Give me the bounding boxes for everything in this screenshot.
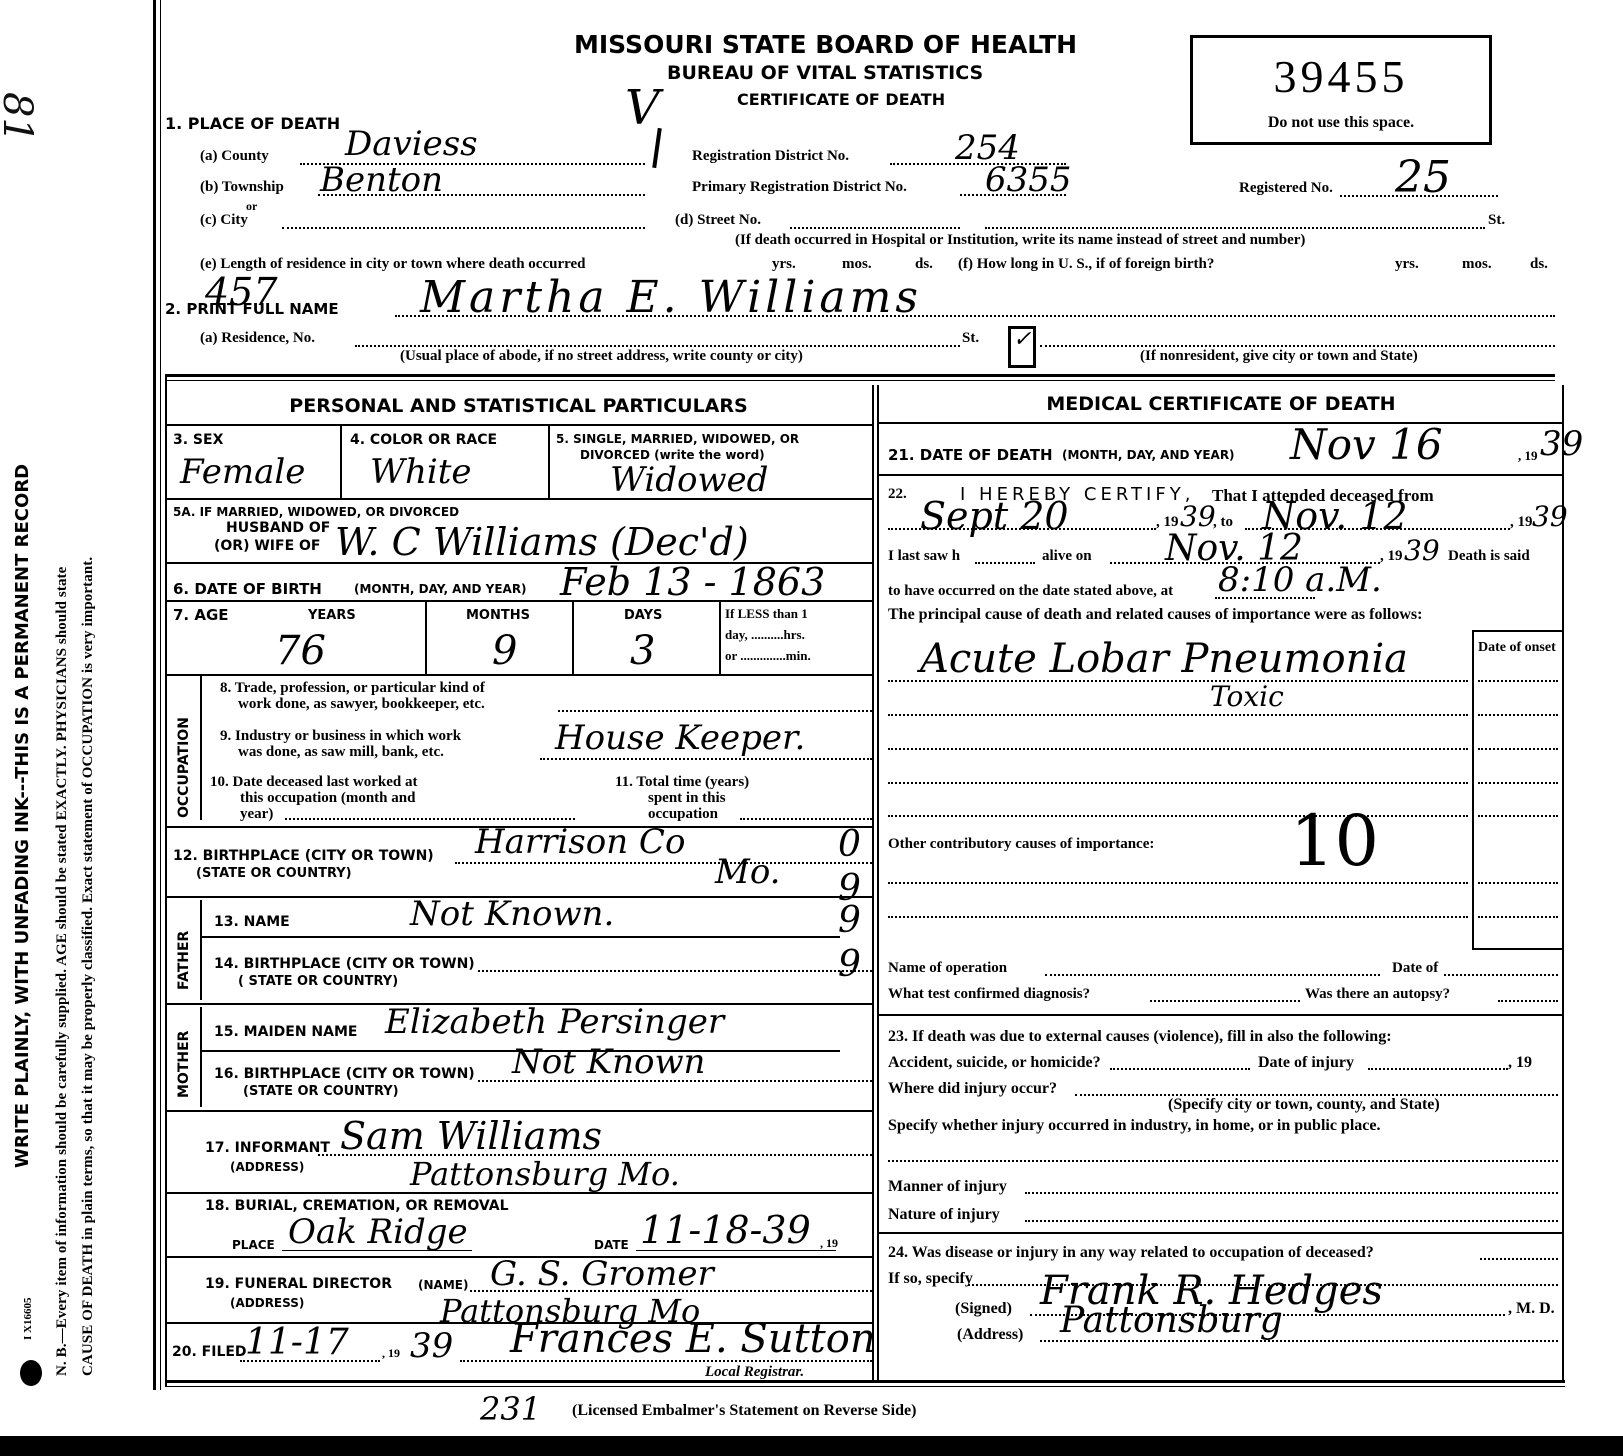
last-worked-line[interactable]: [285, 818, 575, 820]
attended-from-value[interactable]: Sept 20: [920, 494, 1069, 538]
birthplace-label: 12. BIRTHPLACE (CITY OR TOWN): [173, 848, 434, 864]
specify-injury-line[interactable]: [888, 1160, 1558, 1162]
father-birthplace-line[interactable]: [478, 970, 872, 972]
external-causes-label: 23. If death was due to external causes …: [888, 1028, 1392, 1046]
street-note: (If death occurred in Hospital or Instit…: [735, 232, 1305, 249]
city-field-line[interactable]: [282, 227, 645, 229]
contributory-line-1[interactable]: [888, 882, 1468, 884]
frame-bottom-rule-2: [165, 1386, 1565, 1387]
full-name-label: 2. PRINT FULL NAME: [165, 300, 339, 318]
row-rule-6: [165, 600, 872, 602]
city-label: (c) City: [200, 212, 248, 229]
burial-place-label: PLACE: [232, 1238, 275, 1252]
onset-line-3[interactable]: [1478, 748, 1558, 750]
cause-value[interactable]: Acute Lobar Pneumonia: [920, 636, 1408, 682]
contributory-label: Other contributory causes of importance:: [888, 836, 1154, 853]
attended-to-year-prefix: , 19: [1510, 514, 1533, 531]
last-worked-label-3: year): [240, 806, 273, 823]
spouse-label-1: 5A. IF MARRIED, WIDOWED, OR DIVORCED: [173, 505, 459, 519]
trade-label-2: work done, as sawyer, bookkeeper, etc.: [238, 696, 485, 713]
father-name-label: 13. NAME: [214, 914, 290, 930]
race-value[interactable]: White: [370, 452, 472, 492]
full-name-value[interactable]: Martha E. Williams: [420, 272, 922, 323]
occupation-related-line[interactable]: [1480, 1258, 1558, 1260]
dob-label: 6. DATE OF BIRTH: [173, 580, 322, 598]
margin-rule-inner: [160, 0, 161, 1390]
street-label: (d) Street No.: [675, 212, 761, 229]
mother-name-value[interactable]: Elizabeth Persinger: [385, 1002, 724, 1042]
date-of-death-year-prefix: , 19: [1518, 448, 1538, 464]
cause-label: The principal cause of death and related…: [888, 606, 1422, 624]
county-value[interactable]: Daviess: [345, 124, 478, 164]
nature-injury-label: Nature of injury: [888, 1206, 1000, 1224]
scan-bottom-border: [0, 1436, 1623, 1456]
autopsy-label: Was there an autopsy?: [1305, 986, 1450, 1003]
operation-label: Name of operation: [888, 960, 1007, 977]
onset-column-bottom: [1472, 948, 1562, 950]
informant-address-value[interactable]: Pattonsburg Mo.: [410, 1155, 680, 1193]
residence-yrs-label: yrs.: [772, 256, 796, 273]
last-saw-pronoun-line[interactable]: [975, 562, 1035, 564]
where-injury-note: (Specify city or town, county, and State…: [1168, 1096, 1440, 1114]
primary-registration-value[interactable]: 6355: [985, 160, 1072, 200]
onset-line-5[interactable]: [1478, 815, 1558, 817]
years-value[interactable]: 76: [275, 628, 326, 674]
sex-label: 3. SEX: [173, 432, 223, 448]
township-value[interactable]: Benton: [320, 160, 443, 200]
burial-year-suffix: , 19: [820, 1236, 838, 1251]
margin-digit-1: 0: [838, 824, 861, 865]
foreign-birth-label: (f) How long in U. S., if of foreign bir…: [958, 256, 1214, 273]
last-saw-label: I last saw h: [888, 548, 960, 565]
dob-sublabel: (MONTH, DAY, AND YEAR): [354, 582, 527, 596]
registrar-signature[interactable]: Frances E. Sutton: [510, 1316, 876, 1362]
physician-address-value[interactable]: Pattonsburg: [1060, 1300, 1283, 1341]
spouse-value[interactable]: W. C Williams (Dec'd): [335, 520, 749, 564]
months-value[interactable]: 9: [492, 628, 517, 674]
spouse-label-2: HUSBAND OF: [226, 520, 330, 536]
less-than-day-label-3: or ..............min.: [725, 648, 811, 664]
less-than-day-label-1: If LESS than 1: [725, 606, 808, 622]
injury-year-prefix: , 19: [1508, 1054, 1532, 1072]
age-label: 7. AGE: [173, 606, 229, 624]
funeral-director-address-sublabel: (ADDRESS): [230, 1296, 304, 1310]
filed-year-prefix: , 19: [382, 1346, 400, 1361]
total-time-line[interactable]: [740, 818, 872, 820]
residence-ds-label: ds.: [915, 256, 933, 273]
mother-name-label: 15. MAIDEN NAME: [214, 1024, 357, 1040]
date-of-death-year[interactable]: 39: [1540, 424, 1583, 464]
onset-column-rule: [1472, 630, 1474, 948]
total-time-label-2: spent in this: [648, 790, 726, 807]
birthplace-line[interactable]: [455, 862, 872, 864]
registration-district-label: Registration District No.: [692, 148, 849, 165]
contributory-line-2[interactable]: [888, 916, 1468, 918]
time-occurred-label: to have occurred on the date stated abov…: [888, 583, 1173, 600]
margin-note-line-1: N. B.—Every item of information should b…: [54, 567, 71, 1376]
last-saw-year-prefix: , 19: [1380, 548, 1403, 565]
age-divider-2: [572, 602, 574, 674]
margin-digit-4: 9: [838, 944, 861, 985]
informant-label: 17. INFORMANT: [205, 1140, 330, 1156]
last-worked-label-2: this occupation (month and: [240, 790, 415, 807]
contributory-mark: 10: [1290, 800, 1379, 882]
birthplace-sublabel: (STATE OR COUNTRY): [196, 866, 352, 881]
file-number: 39455: [1193, 50, 1489, 103]
place-of-death-label: 1. PLACE OF DEATH: [165, 114, 340, 133]
injury-date-line[interactable]: [1368, 1068, 1508, 1070]
date-of-death-value[interactable]: Nov 16: [1290, 420, 1443, 469]
last-saw-year[interactable]: 39: [1404, 534, 1440, 567]
burial-place-value[interactable]: Oak Ridge: [288, 1212, 468, 1252]
foreign-mos-label: mos.: [1462, 256, 1492, 273]
street-name-line[interactable]: [985, 227, 1485, 229]
operation-date-line[interactable]: [1444, 974, 1558, 976]
personal-title-rule: [165, 424, 872, 426]
father-birthplace-sublabel: ( STATE OR COUNTRY): [238, 974, 398, 989]
alive-on-label: alive on: [1042, 548, 1092, 565]
cause-extra-value[interactable]: Toxic: [1210, 680, 1284, 713]
less-than-day-label-2: day, ..........hrs.: [725, 627, 805, 643]
row-rule-22: [879, 1014, 1562, 1016]
trade-line[interactable]: [558, 710, 872, 712]
test-confirmed-line[interactable]: [1150, 1000, 1300, 1002]
date-of-death-sublabel: (MONTH, DAY, AND YEAR): [1062, 448, 1235, 462]
onset-line-7[interactable]: [1478, 916, 1558, 918]
trade-label-1: 8. Trade, profession, or particular kind…: [220, 680, 485, 697]
marital-label-1: 5. SINGLE, MARRIED, WIDOWED, OR: [556, 432, 799, 446]
filed-label: 20. FILED: [172, 1344, 247, 1360]
do-not-use-note: Do not use this space.: [1193, 114, 1489, 132]
date-of-onset-label: Date of onset: [1478, 640, 1556, 656]
foreign-yrs-label: yrs.: [1395, 256, 1419, 273]
mother-side-rule: [200, 1007, 202, 1107]
registered-no-value[interactable]: 25: [1395, 152, 1451, 203]
birthplace-city-value[interactable]: Harrison Co: [475, 822, 685, 862]
frame-bottom-rule: [165, 1380, 1565, 1383]
onset-line-4[interactable]: [1478, 782, 1558, 784]
date-of-death-label: 21. DATE OF DEATH: [888, 446, 1053, 464]
years-label: YEARS: [308, 608, 356, 623]
mother-birthplace-label: 16. BIRTHPLACE (CITY OR TOWN): [214, 1066, 475, 1082]
margin-digit-3: 9: [838, 900, 861, 941]
foreign-ds-label: ds.: [1530, 256, 1548, 273]
margin-mark: 81: [0, 92, 40, 143]
filed-year[interactable]: 39: [410, 1326, 453, 1366]
row-rule-23: [879, 1232, 1562, 1234]
time-occurred-value[interactable]: 8:10 a.M.: [1218, 560, 1382, 600]
cause-line-3[interactable]: [888, 748, 1468, 750]
registered-no-label: Registered No.: [1239, 180, 1333, 197]
specify-injury-label: Specify whether injury occurred in indus…: [888, 1117, 1380, 1135]
father-name-value[interactable]: Not Known.: [410, 894, 614, 934]
physician-address-label: (Address): [957, 1326, 1023, 1344]
residence-line[interactable]: [355, 345, 960, 347]
column-divider: [872, 385, 874, 1381]
mother-birthplace-sublabel: (STATE OR COUNTRY): [243, 1084, 399, 1099]
residence-checkbox-mark: ✓: [1013, 327, 1031, 352]
burial-date-value[interactable]: 11-18-39: [640, 1208, 811, 1252]
cause-line-5[interactable]: [888, 815, 1468, 817]
township-label: (b) Township: [200, 179, 284, 196]
mother-side-label: MOTHER: [176, 1031, 192, 1098]
manner-injury-line[interactable]: [1025, 1192, 1558, 1194]
occupation-related-label: 24. Was disease or injury in any way rel…: [888, 1244, 1374, 1262]
row-rule-21: [879, 474, 1562, 476]
funeral-director-name-sublabel: (NAME): [418, 1278, 468, 1292]
where-injury-label: Where did injury occur?: [888, 1080, 1057, 1098]
last-worked-label-1: 10. Date deceased last worked at: [210, 774, 417, 791]
total-time-label-1: 11. Total time (years): [615, 774, 749, 791]
residence-mos-label: mos.: [842, 256, 872, 273]
funeral-director-value[interactable]: G. S. Gromer: [490, 1254, 714, 1294]
signed-label: (Signed): [955, 1300, 1012, 1318]
medical-title-rule: [879, 422, 1562, 424]
father-birthplace-label: 14. BIRTHPLACE (CITY OR TOWN): [214, 956, 475, 972]
accident-line[interactable]: [1110, 1068, 1250, 1070]
cause-line-2[interactable]: [888, 714, 1468, 716]
permanent-record-warning: WRITE PLAINLY, WITH UNFADING INK---THIS …: [12, 464, 33, 1168]
informant-value[interactable]: Sam Williams: [340, 1114, 602, 1158]
personal-section-title: PERSONAL AND STATISTICAL PARTICULARS: [165, 395, 872, 417]
frame-left-rule: [165, 374, 167, 1386]
age-divider-1: [425, 602, 427, 674]
bureau-title: BUREAU OF VITAL STATISTICS: [667, 62, 983, 84]
industry-label-2: was done, as saw mill, bank, etc.: [238, 744, 444, 761]
if-so-label: If so, specify: [888, 1270, 973, 1288]
dob-value[interactable]: Feb 13 - 1863: [560, 560, 825, 604]
row-rule-7: [165, 674, 872, 676]
md-label: , M. D.: [1508, 1300, 1555, 1318]
local-registrar-label: Local Registrar.: [705, 1364, 804, 1381]
autopsy-line[interactable]: [1498, 1000, 1558, 1002]
race-label: 4. COLOR OR RACE: [350, 432, 497, 448]
sex-value[interactable]: Female: [180, 452, 305, 492]
sex-race-divider: [340, 426, 342, 498]
frame-top-rule-2: [165, 380, 1555, 381]
check-mark: V: [625, 80, 660, 136]
primary-registration-label: Primary Registration District No.: [692, 179, 907, 196]
burial-date-label: DATE: [594, 1238, 629, 1252]
frame-right-rule: [1562, 385, 1564, 1381]
row-rule-13: [200, 936, 840, 938]
death-is-said-label: Death is said: [1448, 548, 1530, 565]
residence-label: (a) Residence, No.: [200, 330, 315, 347]
total-time-label-3: occupation: [648, 806, 718, 823]
father-side-label: FATHER: [176, 931, 192, 990]
operation-date-label: Date of: [1392, 960, 1438, 977]
injury-date-label: Date of injury: [1258, 1054, 1354, 1072]
funeral-director-label: 19. FUNERAL DIRECTOR: [205, 1276, 392, 1292]
street-suffix: St.: [1488, 212, 1505, 229]
mother-birthplace-value[interactable]: Not Known: [512, 1042, 705, 1082]
industry-label-1: 9. Industry or business in which work: [220, 728, 461, 745]
occupation-side-label: OCCUPATION: [176, 717, 192, 818]
father-side-rule: [200, 900, 202, 1000]
union-seal-icon: [20, 1360, 42, 1386]
file-number-box: 39455 Do not use this space.: [1190, 35, 1492, 145]
days-value[interactable]: 3: [630, 628, 655, 674]
certify-number: 22.: [888, 486, 907, 503]
birthplace-state-value[interactable]: Mo.: [715, 852, 781, 892]
residence-note: (Usual place of abode, if no street addr…: [400, 348, 803, 365]
row-rule-17: [165, 1192, 872, 1194]
onset-line-2[interactable]: [1478, 714, 1558, 716]
board-title: MISSOURI STATE BOARD OF HEALTH: [574, 30, 1077, 59]
operation-line[interactable]: [1045, 974, 1380, 976]
onset-column-top: [1472, 630, 1562, 632]
cause-line-4[interactable]: [888, 782, 1468, 784]
race-marital-divider: [548, 426, 550, 498]
days-label: DAYS: [624, 608, 662, 623]
filed-value[interactable]: 11-17: [245, 1322, 349, 1363]
industry-value[interactable]: House Keeper.: [555, 718, 805, 758]
medical-section-title: MEDICAL CERTIFICATE OF DEATH: [880, 393, 1562, 415]
manner-injury-label: Manner of injury: [888, 1178, 1007, 1196]
residence-checkbox[interactable]: ✓: [1008, 326, 1036, 368]
occupation-side-rule: [200, 676, 202, 820]
spouse-label-3: (OR) WIFE OF: [214, 538, 320, 554]
row-rule-5: [165, 498, 872, 500]
marital-value[interactable]: Widowed: [610, 460, 768, 500]
months-label: MONTHS: [466, 608, 530, 623]
accident-label: Accident, suicide, or homicide?: [888, 1054, 1101, 1072]
street-no-line[interactable]: [790, 227, 960, 229]
test-confirmed-label: What test confirmed diagnosis?: [888, 986, 1090, 1003]
onset-line-1[interactable]: [1478, 680, 1558, 682]
certificate-title: CERTIFICATE OF DEATH: [737, 90, 945, 109]
frame-top-rule: [165, 374, 1555, 377]
embalmer-note: (Licensed Embalmer's Statement on Revers…: [572, 1402, 916, 1420]
industry-line[interactable]: [540, 758, 872, 760]
form-code: I X16605: [22, 1298, 34, 1340]
informant-sublabel: (ADDRESS): [230, 1160, 304, 1174]
footer-number-mark: 231: [480, 1390, 541, 1428]
nonresident-note: (If nonresident, give city or town and S…: [1140, 348, 1418, 365]
nature-injury-line[interactable]: [1025, 1220, 1558, 1222]
onset-line-6[interactable]: [1478, 882, 1558, 884]
residence-suffix: St.: [962, 330, 979, 347]
age-divider-3: [719, 602, 721, 674]
county-label: (a) County: [200, 148, 269, 165]
row-rule-mother: [165, 1110, 872, 1112]
margin-note-line-2: CAUSE OF DEATH in plain terms, so that i…: [80, 557, 97, 1376]
attended-to-year[interactable]: 39: [1532, 500, 1568, 533]
margin-rule: [153, 0, 156, 1390]
nonresident-line[interactable]: [1040, 345, 1555, 347]
